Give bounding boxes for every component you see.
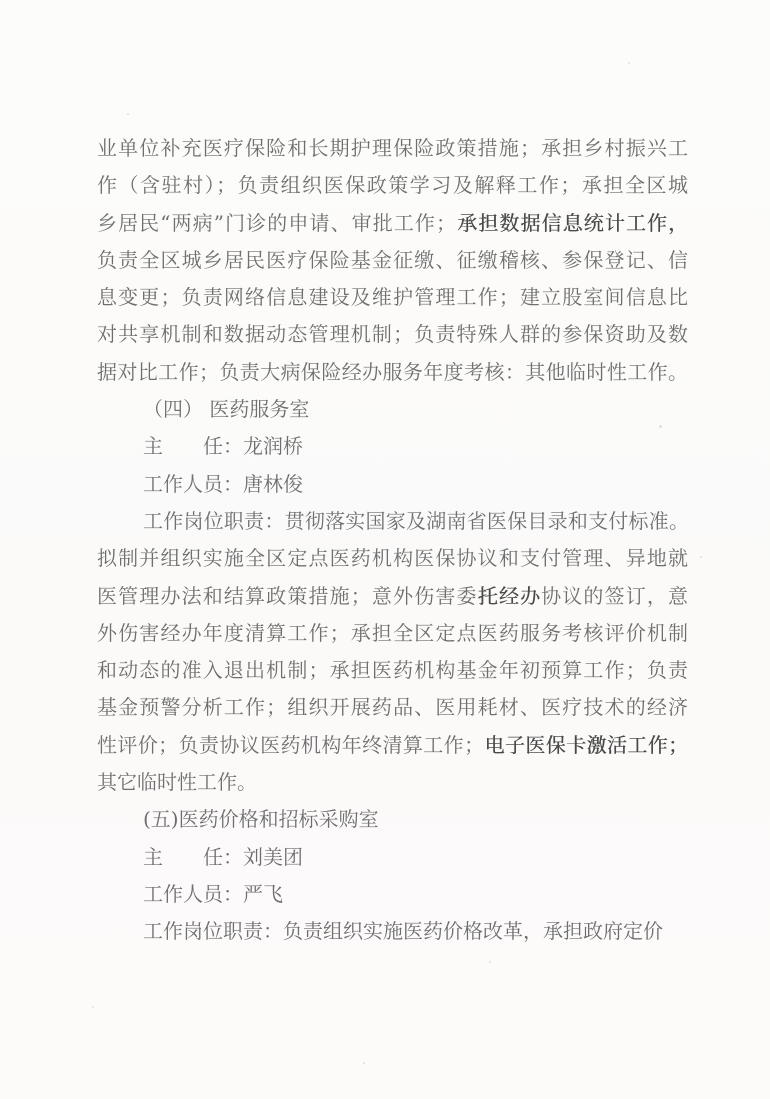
text-segment: 协议的签订，意 bbox=[541, 584, 688, 608]
text-line: 作（含驻村）；负责组织医保政策学习及解释工作；承担全区城 bbox=[97, 167, 688, 204]
text-segment: (五)医药价格和招标采购室 bbox=[143, 807, 379, 831]
scan-speck bbox=[659, 425, 662, 428]
text-segment: 业单位补充医疗保险和长期护理保险政策措施；承担乡村振兴工 bbox=[97, 136, 688, 160]
text-segment: 据对比工作；负责大病保险经办服务年度考核：其他临时性工作。 bbox=[97, 360, 688, 384]
text-line: 性评价；负责协议医药机构年终清算工作；电子医保卡激活工作； bbox=[97, 727, 688, 764]
text-line: 据对比工作；负责大病保险经办服务年度考核：其他临时性工作。 bbox=[97, 354, 688, 391]
text-segment: 外伤害经办年度清算工作；承担全区定点医药服务考核评价机制 bbox=[97, 621, 688, 645]
text-segment: 性评价；负责协议医药机构年终清算工作； bbox=[97, 733, 484, 757]
text-line: 医管理办法和结算政策措施；意外伤害委托经办协议的签订，意 bbox=[97, 578, 688, 615]
text-line: 其它临时性工作。 bbox=[97, 764, 688, 801]
text-segment: 工作岗位职责：贯彻落实国家及湖南省医保目录和支付标准。 bbox=[143, 509, 688, 533]
text-segment: （四） 医药服务室 bbox=[143, 397, 309, 421]
scan-speck bbox=[127, 113, 129, 115]
text-segment: 工作人员：严飞 bbox=[143, 882, 283, 906]
text-segment: 基金预警分析工作；组织开展药品、医用耗材、医疗技术的经济 bbox=[97, 695, 688, 719]
text-segment: 作（含驻村）；负责组织医保政策学习及解释工作；承担全区城 bbox=[97, 173, 688, 197]
text-block: 业单位补充医疗保险和长期护理保险政策措施；承担乡村振兴工作（含驻村）；负责组织医… bbox=[97, 130, 688, 951]
scan-speck bbox=[489, 961, 491, 963]
scan-speck bbox=[363, 1062, 365, 1064]
text-line: 工作岗位职责：负责组织实施医药价格改革，承担政府定价 bbox=[97, 913, 688, 950]
text-line: 主 任：龙润桥 bbox=[97, 428, 688, 465]
scanned-document-page: 业单位补充医疗保险和长期护理保险政策措施；承担乡村振兴工作（含驻村）；负责组织医… bbox=[0, 0, 770, 1099]
text-line: 基金预警分析工作；组织开展药品、医用耗材、医疗技术的经济 bbox=[97, 689, 688, 726]
text-segment: 对共享机制和数据动态管理机制；负责特殊人群的参保资助及数 bbox=[97, 322, 688, 346]
text-segment: 主 任：龙润桥 bbox=[143, 434, 303, 458]
text-segment: 托经办 bbox=[478, 584, 541, 608]
text-line: 息变更；负责网络信息建设及维护管理工作；建立股室间信息比 bbox=[97, 279, 688, 316]
text-segment: 和动态的准入退出机制；承担医药机构基金年初预算工作；负责 bbox=[97, 658, 688, 682]
text-line: （四） 医药服务室 bbox=[97, 391, 688, 428]
scan-speck bbox=[700, 556, 702, 558]
text-line: 外伤害经办年度清算工作；承担全区定点医药服务考核评价机制 bbox=[97, 615, 688, 652]
text-line: 对共享机制和数据动态管理机制；负责特殊人群的参保资助及数 bbox=[97, 316, 688, 353]
text-segment: 负责全区城乡居民医疗保险基金征缴、征缴稽核、参保登记、信 bbox=[97, 248, 688, 272]
text-segment: 拟制并组织实施全区定点医药机构医保协议和支付管理、异地就 bbox=[97, 546, 688, 570]
text-segment: 医管理办法和结算政策措施；意外伤害委 bbox=[97, 584, 478, 608]
text-segment: 工作岗位职责：负责组织实施医药价格改革，承担政府定价 bbox=[143, 919, 663, 943]
text-segment: 主 任：刘美团 bbox=[143, 845, 303, 869]
text-segment: 乡居民“两病”门诊的申请、审批工作； bbox=[97, 211, 456, 235]
text-segment: 其它临时性工作。 bbox=[97, 770, 257, 794]
text-line: 业单位补充医疗保险和长期护理保险政策措施；承担乡村振兴工 bbox=[97, 130, 688, 167]
text-segment: 承担数据信息统计工作， bbox=[456, 211, 688, 235]
text-segment: 息变更；负责网络信息建设及维护管理工作；建立股室间信息比 bbox=[97, 285, 688, 309]
scan-speck bbox=[92, 1006, 94, 1008]
text-line: 拟制并组织实施全区定点医药机构医保协议和支付管理、异地就 bbox=[97, 540, 688, 577]
text-segment: 电子医保卡激活工作； bbox=[484, 733, 688, 757]
scan-speck bbox=[628, 62, 630, 64]
text-line: 工作人员：严飞 bbox=[97, 876, 688, 913]
text-line: 和动态的准入退出机制；承担医药机构基金年初预算工作；负责 bbox=[97, 652, 688, 689]
text-line: 负责全区城乡居民医疗保险基金征缴、征缴稽核、参保登记、信 bbox=[97, 242, 688, 279]
text-line: 工作人员：唐林俊 bbox=[97, 466, 688, 503]
text-line: 乡居民“两病”门诊的申请、审批工作；承担数据信息统计工作， bbox=[97, 205, 688, 242]
text-line: 工作岗位职责：贯彻落实国家及湖南省医保目录和支付标准。 bbox=[97, 503, 688, 540]
text-line: (五)医药价格和招标采购室 bbox=[97, 801, 688, 838]
text-line: 主 任：刘美团 bbox=[97, 839, 688, 876]
text-segment: 工作人员：唐林俊 bbox=[143, 472, 303, 496]
